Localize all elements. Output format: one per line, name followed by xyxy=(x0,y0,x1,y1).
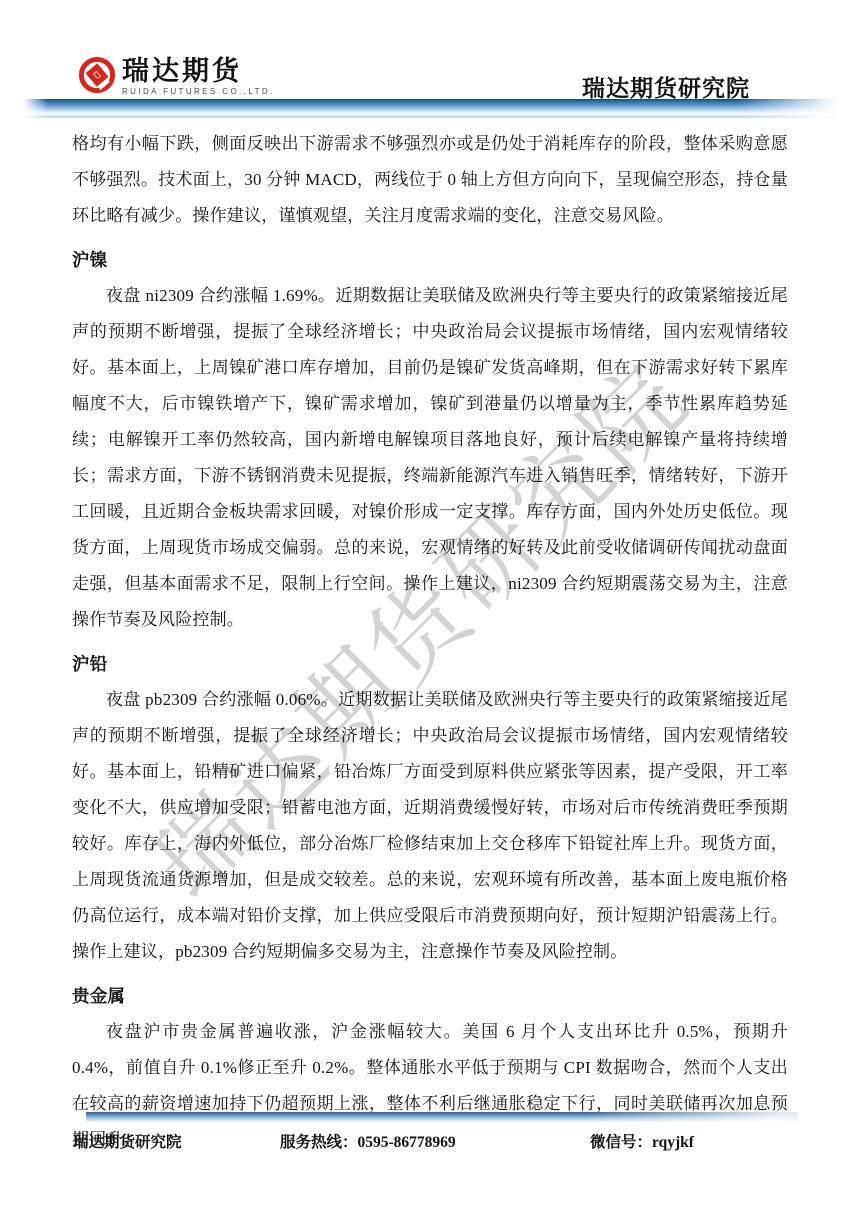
report-page: 瑞达期货研究院 瑞达期货 RUIDA FUTURES CO.,LTD. 瑞达期货… xyxy=(0,0,860,1217)
section-heading-lead: 沪铅 xyxy=(72,646,788,682)
section-heading-nickel: 沪镍 xyxy=(72,242,788,278)
logo-company-name-en: RUIDA FUTURES CO.,LTD. xyxy=(122,87,275,96)
report-body: 格均有小幅下跌，侧面反映出下游需求不够强烈亦或是仍处于消耗库存的阶段，整体采购意… xyxy=(72,126,788,1158)
footer: 瑞达期货研究院 服务热线：0595-86778969 微信号：rqyjkf xyxy=(73,1130,785,1154)
logo-text-column: 瑞达期货 RUIDA FUTURES CO.,LTD. xyxy=(122,56,275,96)
ruida-logo-icon xyxy=(78,56,122,99)
footer-institute: 瑞达期货研究院 xyxy=(73,1130,182,1152)
header-institute-title: 瑞达期货研究院 xyxy=(582,70,750,103)
section-heading-precious-metals: 贵金属 xyxy=(72,978,788,1014)
footer-wechat-id: 微信号：rqyjkf xyxy=(590,1130,694,1152)
footer-divider-bar xyxy=(86,1112,798,1122)
logo-company-name: 瑞达期货 xyxy=(122,56,275,86)
footer-hotline: 服务热线：0595-86778969 xyxy=(280,1130,456,1152)
company-logo: 瑞达期货 RUIDA FUTURES CO.,LTD. xyxy=(78,56,275,99)
paragraph-continuation: 格均有小幅下跌，侧面反映出下游需求不够强烈亦或是仍处于消耗库存的阶段，整体采购意… xyxy=(72,126,788,234)
paragraph-lead: 夜盘 pb2309 合约涨幅 0.06%。近期数据让美联储及欧洲央行等主要央行的… xyxy=(72,682,788,970)
paragraph-nickel: 夜盘 ni2309 合约涨幅 1.69%。近期数据让美联储及欧洲央行等主要央行的… xyxy=(72,278,788,638)
